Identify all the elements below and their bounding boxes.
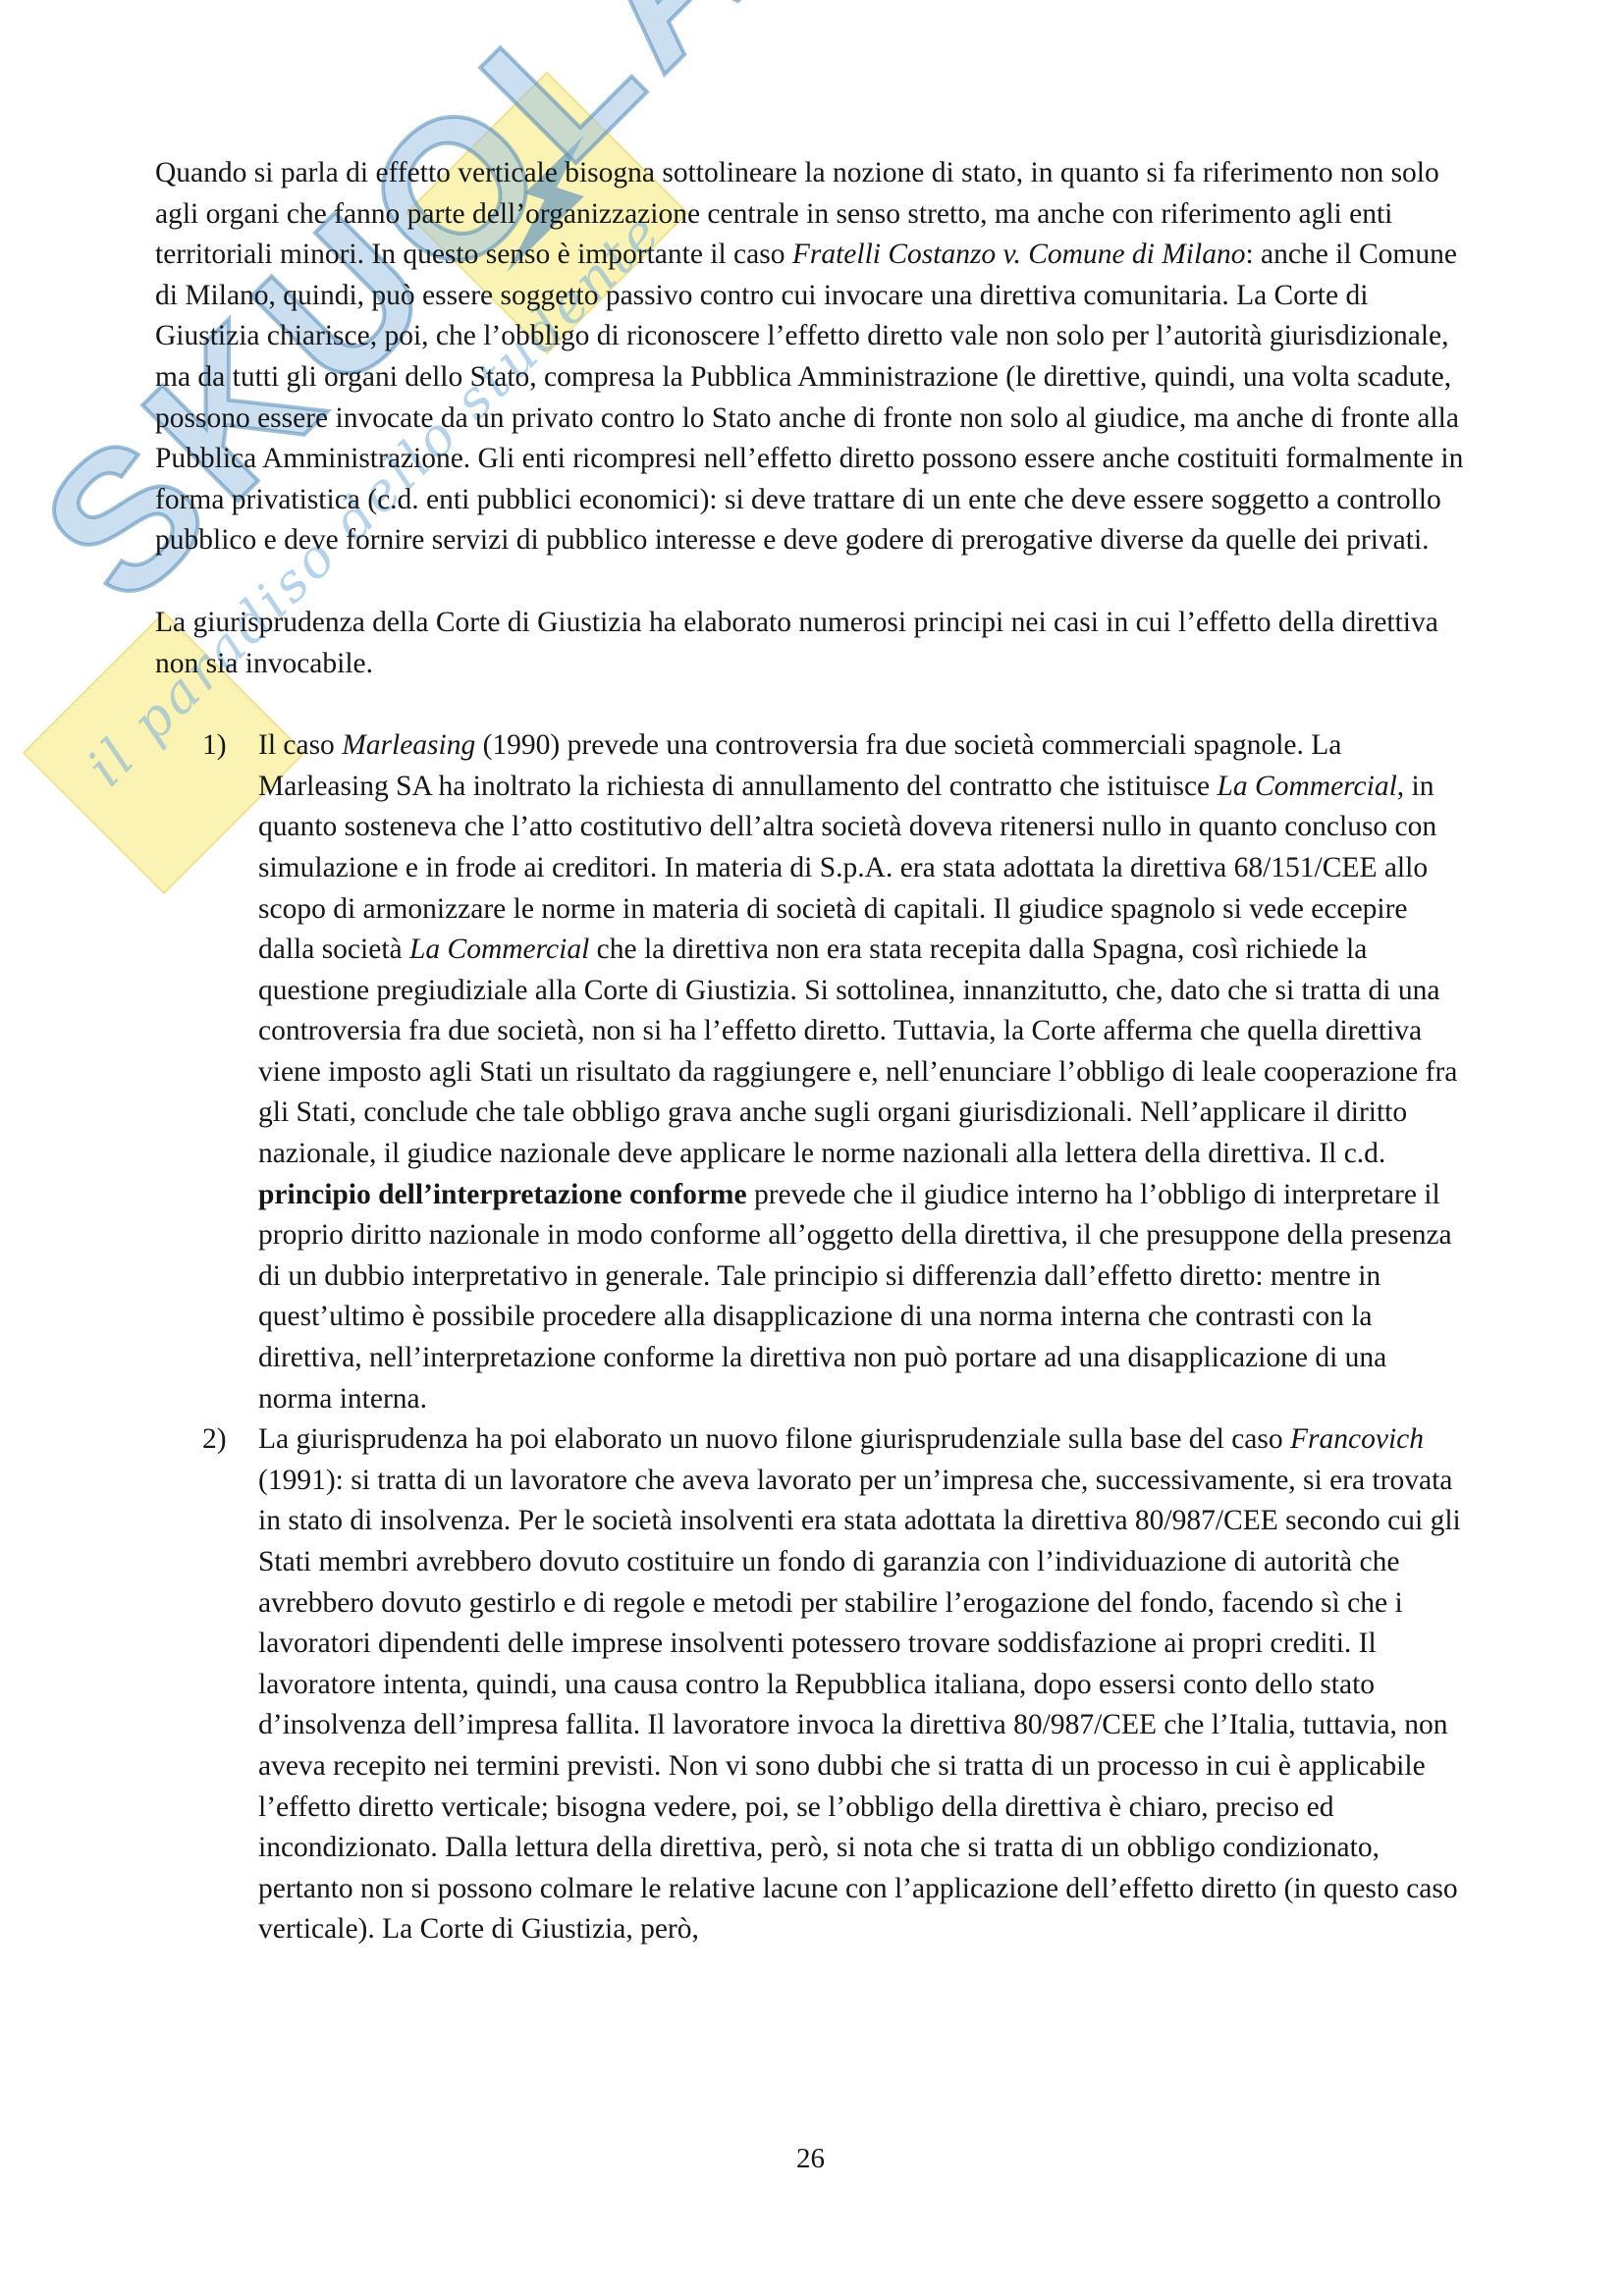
list-marker: 1) — [202, 725, 258, 767]
paragraph-giurisprudenza-intro: La giurisprudenza della Corte di Giustiz… — [155, 603, 1466, 684]
list-item-francovich: 2) La giurisprudenza ha poi elaborato un… — [155, 1419, 1466, 1950]
page-number: 26 — [155, 2143, 1466, 2175]
paragraph-effetto-verticale: Quando si parla di effetto verticale bis… — [155, 153, 1466, 561]
page-content: Quando si parla di effetto verticale bis… — [155, 153, 1466, 1950]
case-list: 1) Il caso Marleasing (1990) prevede una… — [155, 725, 1466, 1950]
list-item-text: Il caso Marleasing (1990) prevede una co… — [258, 725, 1466, 1419]
list-marker: 2) — [202, 1419, 258, 1461]
list-item-marleasing: 1) Il caso Marleasing (1990) prevede una… — [155, 725, 1466, 1419]
list-item-text: La giurisprudenza ha poi elaborato un nu… — [258, 1419, 1466, 1950]
